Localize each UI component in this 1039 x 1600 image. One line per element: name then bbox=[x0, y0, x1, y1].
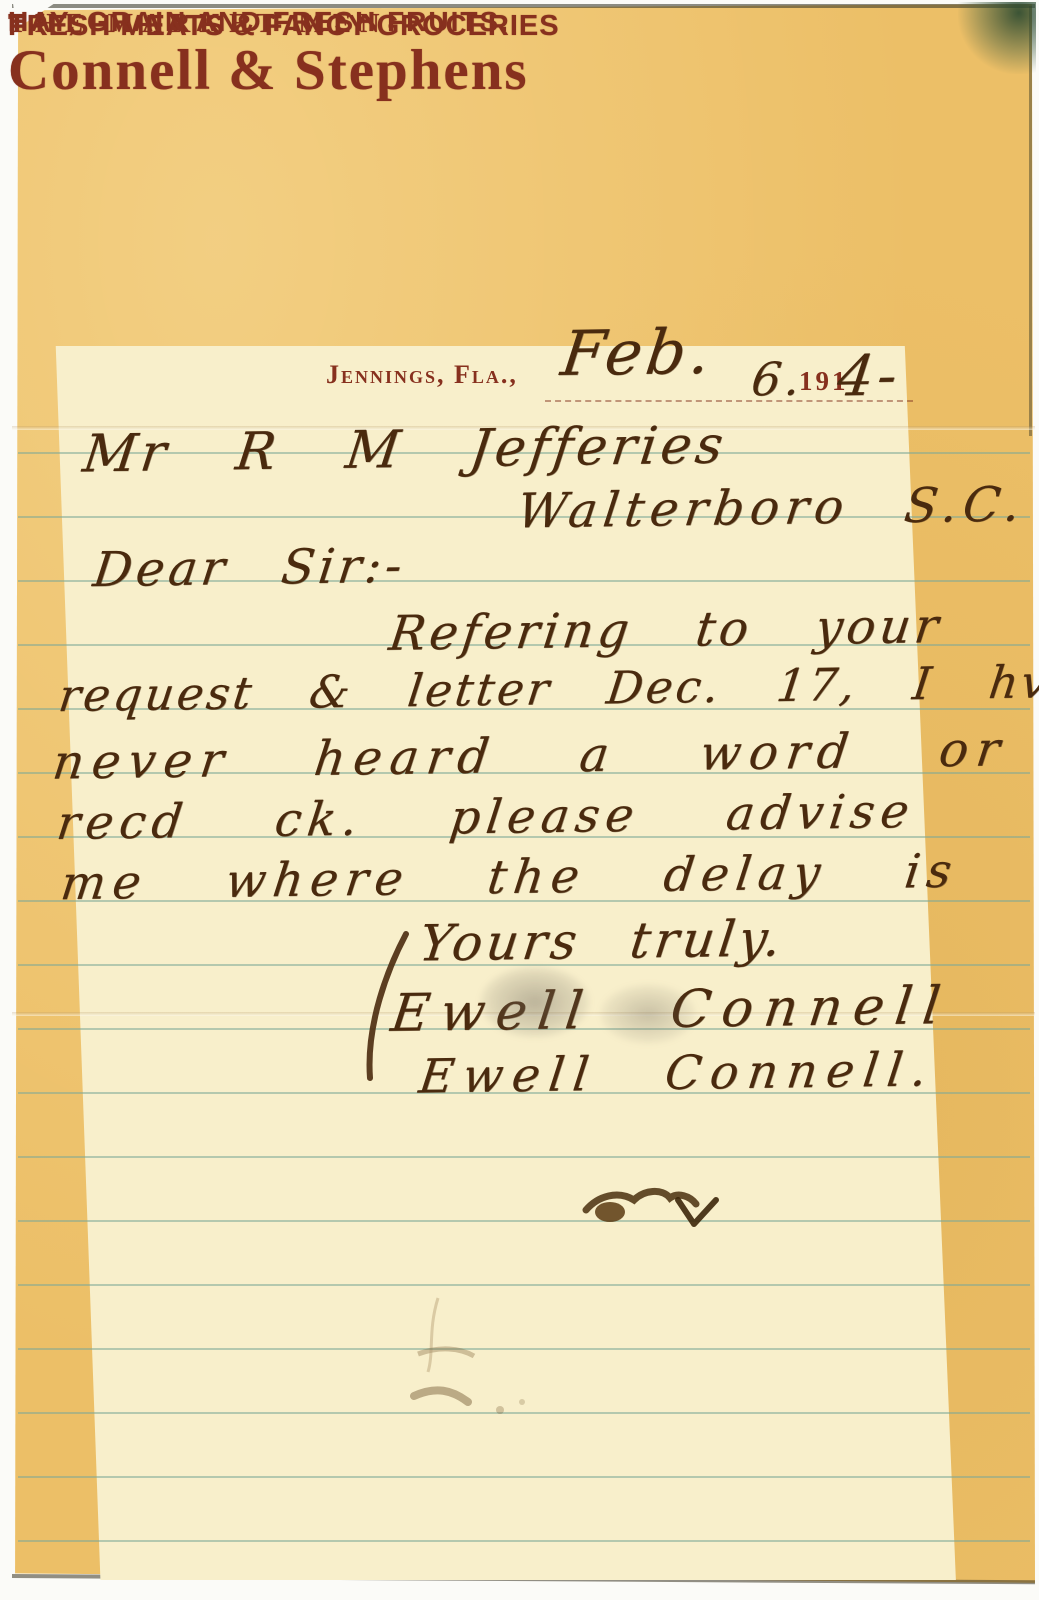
closing: Yours truly. bbox=[416, 909, 788, 972]
corner-stain bbox=[958, 2, 1036, 74]
salutation: Dear Sir:- bbox=[90, 538, 409, 598]
recipient-city: Walterboro S.C. bbox=[514, 476, 1029, 539]
pen-flourish bbox=[344, 928, 424, 1088]
body-line: Refering to your bbox=[386, 598, 945, 662]
company-name: Connell & Stephens bbox=[8, 38, 529, 103]
ink-blot bbox=[578, 1166, 728, 1250]
recipient-name: Mr R M Jefferies bbox=[80, 416, 731, 485]
gray-stain bbox=[600, 984, 696, 1044]
printed-place: Jennings, Fla., bbox=[326, 360, 518, 390]
document-scan: Connell & Stephens THE MARKET MEN FRESH … bbox=[0, 0, 1039, 1600]
handwritten-year-digit: 4- bbox=[834, 344, 905, 410]
gray-stain bbox=[480, 966, 590, 1038]
signature-repeat: Ewell Connell. bbox=[416, 1042, 939, 1104]
handwritten-day: 6. bbox=[749, 352, 808, 407]
handwritten-month: Feb. bbox=[557, 315, 718, 390]
services-line-2: HAY, GRAIN AND FRESH FRUITS. bbox=[8, 6, 510, 38]
faint-ink-smudge bbox=[404, 1290, 564, 1430]
